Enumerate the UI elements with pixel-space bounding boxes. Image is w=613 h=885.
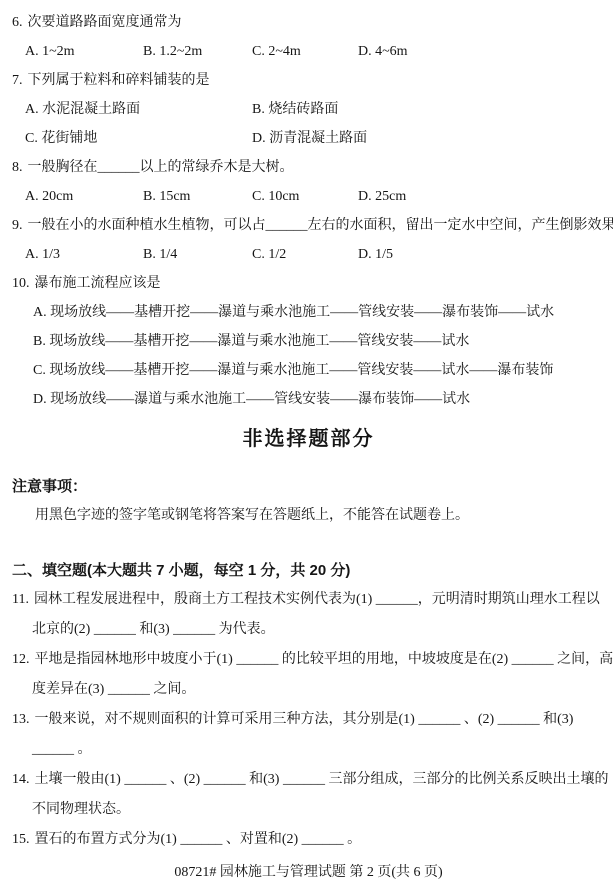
- option-6c: C. 2~4m: [252, 37, 358, 66]
- question-14-line2: 不同物理状态。: [32, 795, 605, 825]
- fill-in-section: 二、填空题(本大题共 7 小题，每空 1 分，共 20 分) 11.园林工程发展…: [12, 556, 605, 855]
- option-6b: B. 1.2~2m: [143, 37, 252, 66]
- question-number: 12.: [12, 652, 30, 667]
- question-14: 14.土壤一般由(1) ______ 、(2) ______ 和(3) ____…: [12, 765, 605, 825]
- question-8-options: A. 20cm B. 15cm C. 10cm D. 25cm: [25, 182, 605, 211]
- option-9d: D. 1/5: [358, 240, 605, 269]
- option-10b: B. 现场放线——基槽开挖——瀑道与乘水池施工——管线安装——试水: [33, 327, 605, 356]
- question-6: 6.次要道路路面宽度通常为 A. 1~2m B. 1.2~2m C. 2~4m …: [12, 8, 605, 66]
- question-text: 园林工程发展进程中，殷商土方工程技术实例代表为(1) ______，元明清时期筑…: [34, 592, 600, 607]
- page-footer: 08721# 园林施工与管理试题 第 2 页(共 6 页): [12, 861, 605, 885]
- question-12: 12.平地是指园林地形中坡度小于(1) ______ 的比较平坦的用地，中坡坡度…: [12, 645, 605, 705]
- option-10d: D. 现场放线——瀑道与乘水池施工——管线安装——瀑布装饰——试水: [33, 385, 605, 414]
- mcq-section: 6.次要道路路面宽度通常为 A. 1~2m B. 1.2~2m C. 2~4m …: [12, 8, 605, 414]
- question-15-line1: 15.置石的布置方式分为(1) ______ 、对置和(2) ______ 。: [12, 825, 605, 855]
- notes-body: 用黑色字迹的签字笔或钢笔将答案写在答题纸上，不能答在试题卷上。: [35, 501, 605, 530]
- question-11: 11.园林工程发展进程中，殷商土方工程技术实例代表为(1) ______，元明清…: [12, 585, 605, 645]
- question-number: 11.: [12, 592, 29, 607]
- question-text: 一般胸径在______以上的常绿乔木是大树。: [28, 160, 294, 175]
- option-6d: D. 4~6m: [358, 37, 605, 66]
- option-8b: B. 15cm: [143, 182, 252, 211]
- option-9b: B. 1/4: [143, 240, 252, 269]
- option-9a: A. 1/3: [25, 240, 143, 269]
- question-13: 13.一般来说，对不规则面积的计算可采用三种方法，其分别是(1) ______ …: [12, 705, 605, 765]
- question-9-options: A. 1/3 B. 1/4 C. 1/2 D. 1/5: [25, 240, 605, 269]
- question-text: 一般来说，对不规则面积的计算可采用三种方法，其分别是(1) ______ 、(2…: [35, 712, 574, 727]
- question-number: 13.: [12, 712, 30, 727]
- question-9: 9.一般在小的水面种植水生植物，可以占______左右的水面积，留出一定水中空间…: [12, 211, 605, 269]
- question-7-stem: 7.下列属于粒料和碎料铺装的是: [12, 66, 605, 95]
- question-11-line1: 11.园林工程发展进程中，殷商土方工程技术实例代表为(1) ______，元明清…: [12, 585, 605, 615]
- question-text: 次要道路路面宽度通常为: [28, 15, 182, 30]
- question-8-stem: 8.一般胸径在______以上的常绿乔木是大树。: [12, 153, 605, 182]
- question-number: 7.: [12, 73, 23, 88]
- question-15: 15.置石的布置方式分为(1) ______ 、对置和(2) ______ 。: [12, 825, 605, 855]
- option-7c: C. 花街铺地: [25, 124, 252, 153]
- question-13-line1: 13.一般来说，对不规则面积的计算可采用三种方法，其分别是(1) ______ …: [12, 705, 605, 735]
- option-7a: A. 水泥混凝土路面: [25, 95, 252, 124]
- question-text: 置石的布置方式分为(1) ______ 、对置和(2) ______ 。: [35, 832, 362, 847]
- question-number: 14.: [12, 772, 30, 787]
- question-14-line1: 14.土壤一般由(1) ______ 、(2) ______ 和(3) ____…: [12, 765, 605, 795]
- question-11-line2: 北京的(2) ______ 和(3) ______ 为代表。: [32, 615, 605, 645]
- question-text: 瀑布施工流程应该是: [35, 276, 161, 291]
- fill-section-heading: 二、填空题(本大题共 7 小题，每空 1 分，共 20 分): [12, 556, 605, 585]
- question-number: 10.: [12, 276, 30, 291]
- notes-heading: 注意事项：: [12, 472, 605, 501]
- question-text: 下列属于粒料和碎料铺装的是: [28, 73, 210, 88]
- option-10c: C. 现场放线——基槽开挖——瀑道与乘水池施工——管线安装——试水——瀑布装饰: [33, 356, 605, 385]
- question-6-stem: 6.次要道路路面宽度通常为: [12, 8, 605, 37]
- section-title: 非选择题部分: [12, 424, 605, 454]
- exam-page: 6.次要道路路面宽度通常为 A. 1~2m B. 1.2~2m C. 2~4m …: [0, 0, 613, 885]
- question-number: 8.: [12, 160, 23, 175]
- question-8: 8.一般胸径在______以上的常绿乔木是大树。 A. 20cm B. 15cm…: [12, 153, 605, 211]
- question-number: 15.: [12, 832, 30, 847]
- option-8a: A. 20cm: [25, 182, 143, 211]
- option-8c: C. 10cm: [252, 182, 358, 211]
- question-10: 10.瀑布施工流程应该是 A. 现场放线——基槽开挖——瀑道与乘水池施工——管线…: [12, 269, 605, 414]
- option-6a: A. 1~2m: [25, 37, 143, 66]
- question-6-options: A. 1~2m B. 1.2~2m C. 2~4m D. 4~6m: [25, 37, 605, 66]
- question-number: 6.: [12, 15, 23, 30]
- question-7: 7.下列属于粒料和碎料铺装的是 A. 水泥混凝土路面 B. 烧结砖路面 C. 花…: [12, 66, 605, 153]
- question-text: 土壤一般由(1) ______ 、(2) ______ 和(3) ______ …: [35, 772, 609, 787]
- question-text: 平地是指园林地形中坡度小于(1) ______ 的比较平坦的用地，中坡坡度是在(…: [35, 652, 613, 667]
- question-10-stem: 10.瀑布施工流程应该是: [12, 269, 605, 298]
- question-12-line1: 12.平地是指园林地形中坡度小于(1) ______ 的比较平坦的用地，中坡坡度…: [12, 645, 605, 675]
- question-13-line2: ______ 。: [32, 735, 605, 765]
- question-12-line2: 度差异在(3) ______ 之间。: [32, 675, 605, 705]
- option-8d: D. 25cm: [358, 182, 605, 211]
- question-9-stem: 9.一般在小的水面种植水生植物，可以占______左右的水面积，留出一定水中空间…: [12, 211, 605, 240]
- option-7b: B. 烧结砖路面: [252, 95, 605, 124]
- notes-section: 注意事项： 用黑色字迹的签字笔或钢笔将答案写在答题纸上，不能答在试题卷上。: [12, 472, 605, 530]
- question-7-options: A. 水泥混凝土路面 B. 烧结砖路面 C. 花街铺地 D. 沥青混凝土路面: [25, 95, 605, 153]
- question-10-options: A. 现场放线——基槽开挖——瀑道与乘水池施工——管线安装——瀑布装饰——试水 …: [12, 298, 605, 414]
- option-7d: D. 沥青混凝土路面: [252, 124, 605, 153]
- option-9c: C. 1/2: [252, 240, 358, 269]
- question-number: 9.: [12, 218, 23, 233]
- question-text: 一般在小的水面种植水生植物，可以占______左右的水面积，留出一定水中空间，产…: [28, 218, 613, 233]
- option-10a: A. 现场放线——基槽开挖——瀑道与乘水池施工——管线安装——瀑布装饰——试水: [33, 298, 605, 327]
